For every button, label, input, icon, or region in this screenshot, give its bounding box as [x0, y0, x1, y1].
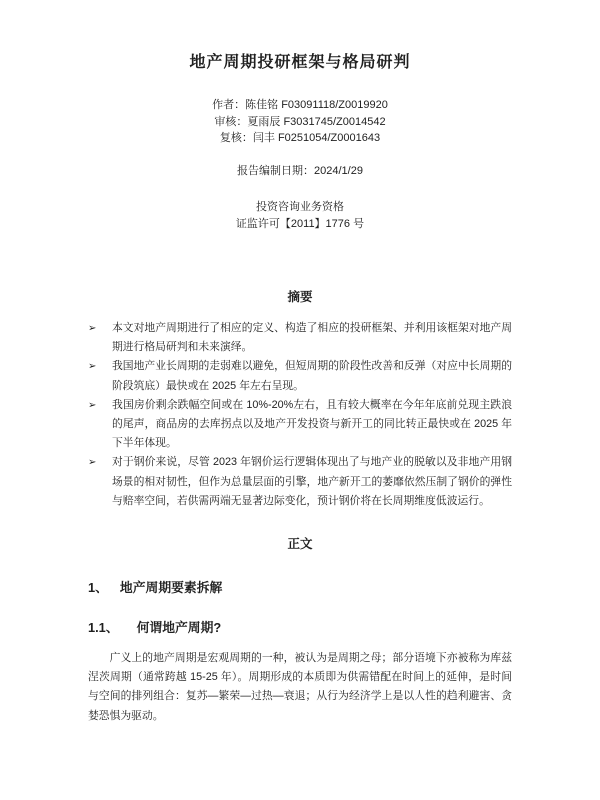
report-date: 报告编制日期：2024/1/29: [88, 163, 512, 180]
bullet-text: 对于钢价来说，尽管 2023 年钢价运行逻辑体现出了与地产业的脱敏以及非地产用钢…: [112, 453, 512, 511]
list-item: ➢ 对于钢价来说，尽管 2023 年钢价运行逻辑体现出了与地产业的脱敏以及非地产…: [88, 453, 512, 511]
license-line: 证监许可【2011】1776 号: [88, 216, 512, 233]
page-title: 地产周期投研框架与格局研判: [88, 52, 512, 74]
section-heading-1: 1、地产周期要素拆解: [88, 579, 512, 597]
list-item: ➢ 本文对地产周期进行了相应的定义、构造了相应的投研框架、并利用该框架对地产周期…: [88, 319, 512, 357]
reviewer-line: 审核：夏雨辰 F3031745/Z0014542: [88, 114, 512, 131]
qualification-line: 投资咨询业务资格: [88, 199, 512, 216]
arrowhead-bullet-icon: ➢: [88, 396, 112, 415]
checker-line: 复核：闫丰 F0251054/Z0001643: [88, 130, 512, 147]
author-line: 作者：陈佳铭 F03091118/Z0019920: [88, 97, 512, 114]
abstract-bullet-list: ➢ 本文对地产周期进行了相应的定义、构造了相应的投研框架、并利用该框架对地产周期…: [88, 319, 512, 511]
list-item: ➢ 我国地产业长周期的走弱难以避免，但短周期的阶段性改善和反弹（对应中长周期的阶…: [88, 357, 512, 395]
bullet-text: 本文对地产周期进行了相应的定义、构造了相应的投研框架、并利用该框架对地产周期进行…: [112, 319, 512, 357]
arrowhead-bullet-icon: ➢: [88, 357, 112, 376]
arrowhead-bullet-icon: ➢: [88, 319, 112, 338]
qualification-block: 投资咨询业务资格 证监许可【2011】1776 号: [88, 199, 512, 233]
section-number: 1.1、: [88, 620, 119, 635]
list-item: ➢ 我国房价剩余跌幅空间或在 10%-20%左右，且有较大概率在今年年底前兑现主…: [88, 396, 512, 454]
body-paragraph: 广义上的地产周期是宏观周期的一种，被认为是周期之母；部分语境下亦被称为库兹涅茨周…: [88, 649, 512, 726]
author-block: 作者：陈佳铭 F03091118/Z0019920 审核：夏雨辰 F303174…: [88, 97, 512, 147]
bullet-text: 我国地产业长周期的走弱难以避免，但短周期的阶段性改善和反弹（对应中长周期的阶段筑…: [112, 357, 512, 395]
section-heading-1-1: 1.1、何谓地产周期?: [88, 619, 512, 637]
body-heading: 正文: [88, 536, 512, 553]
section-title: 何谓地产周期?: [137, 620, 222, 635]
document-page: 地产周期投研框架与格局研判 作者：陈佳铭 F03091118/Z0019920 …: [0, 0, 600, 800]
bullet-text: 我国房价剩余跌幅空间或在 10%-20%左右，且有较大概率在今年年底前兑现主跌浪…: [112, 396, 512, 454]
arrowhead-bullet-icon: ➢: [88, 453, 112, 472]
abstract-heading: 摘要: [88, 289, 512, 306]
section-title: 地产周期要素拆解: [120, 580, 222, 595]
section-number: 1、: [88, 580, 108, 595]
